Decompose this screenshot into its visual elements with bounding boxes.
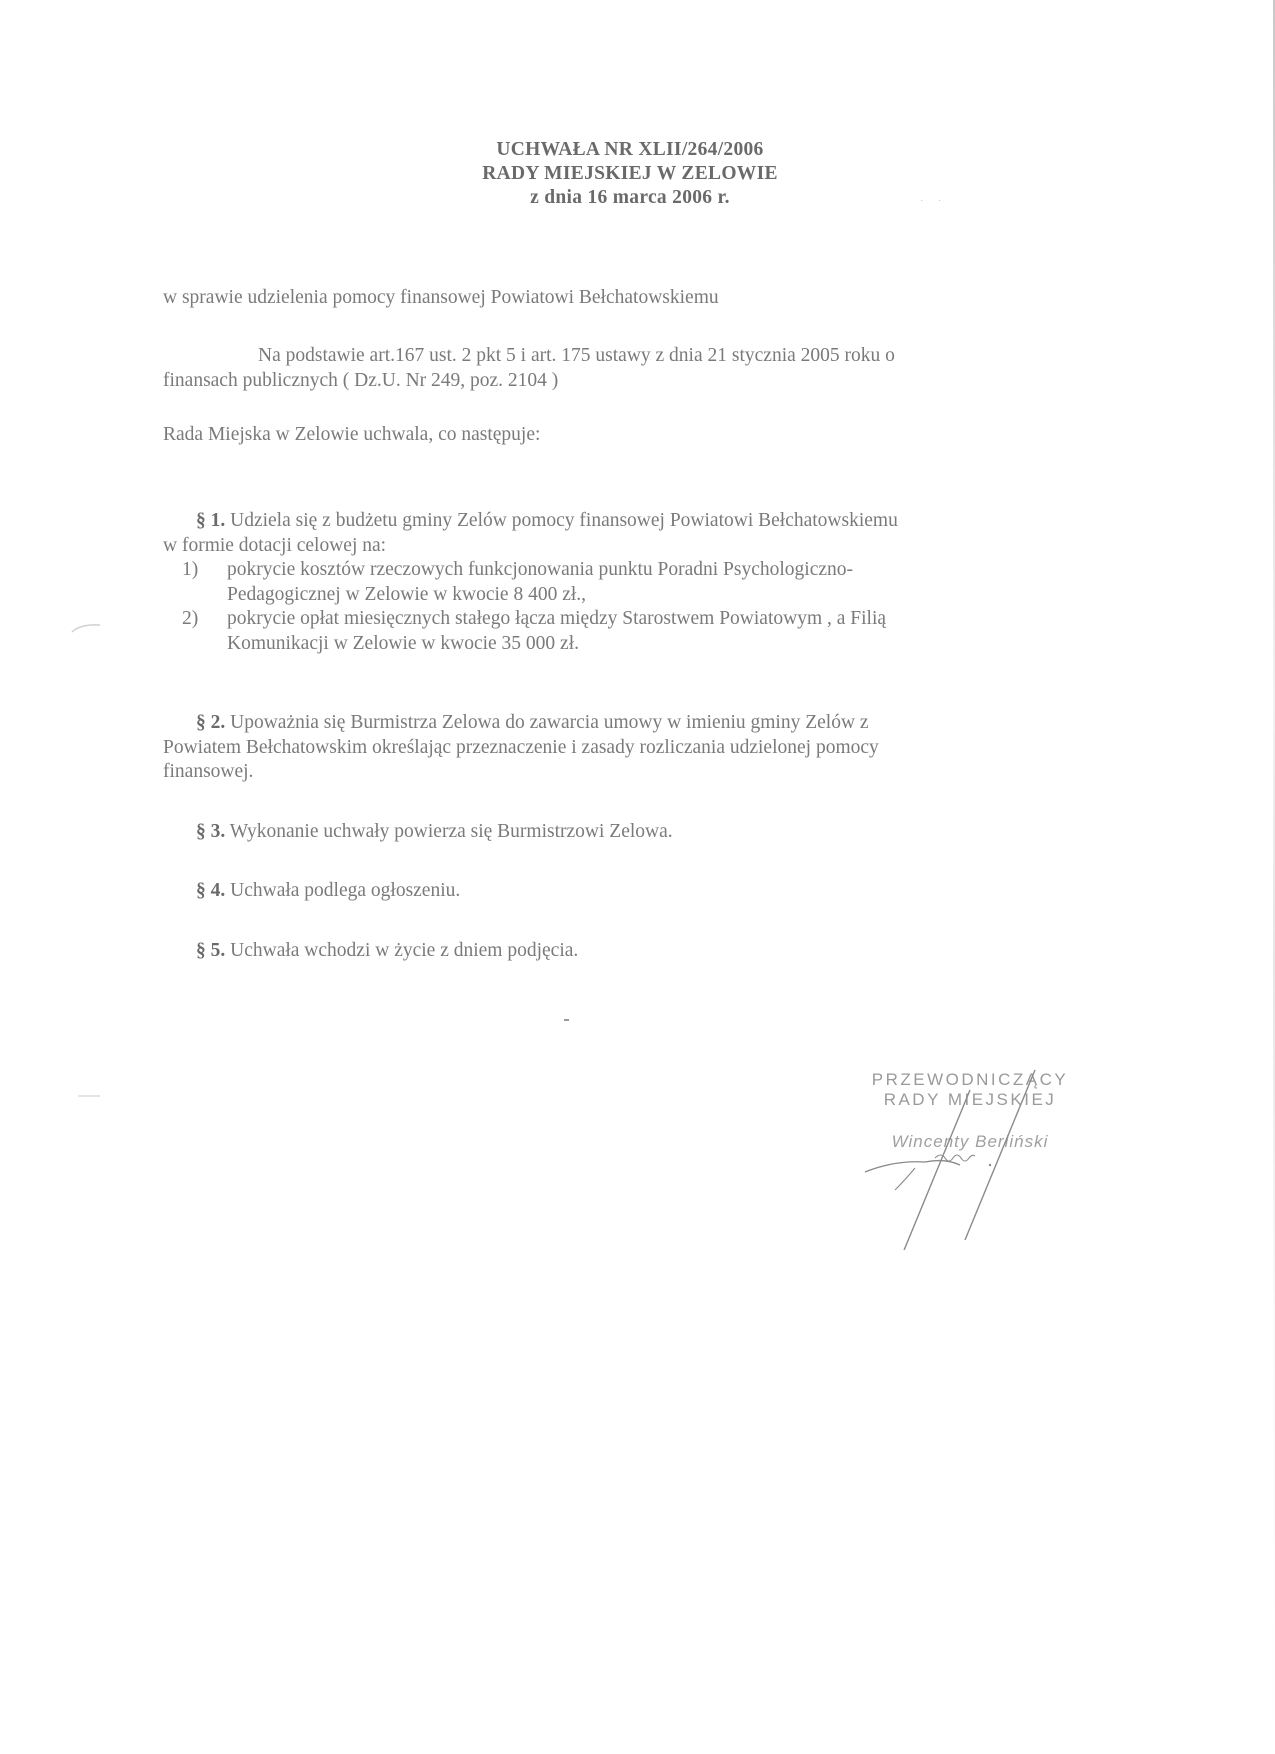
intro-line: Rada Miejska w Zelowie uchwala, co nastę… bbox=[163, 424, 540, 446]
subject-line: w sprawie udzielenia pomocy finansowej P… bbox=[163, 287, 719, 309]
paragraph-5-text: Uchwała wchodzi w życie z dniem podjęcia… bbox=[225, 940, 578, 961]
paragraph-5: § 5. Uchwała wchodzi w życie z dniem pod… bbox=[196, 940, 578, 962]
list-item-1-number: 1) bbox=[182, 559, 198, 581]
list-item-1-line-1: pokrycie kosztów rzeczowych funkcjonowan… bbox=[227, 559, 853, 581]
paragraph-4-sign: § 4. bbox=[196, 880, 225, 901]
resolution-number: UCHWAŁA NR XLII/264/2006 bbox=[380, 138, 880, 162]
paragraph-1-line-2: w formie dotacji celowej na: bbox=[163, 535, 386, 557]
paragraph-1-text: Udziela się z budżetu gminy Zelów pomocy… bbox=[225, 510, 898, 531]
paragraph-4: § 4. Uchwała podlega ogłoszeniu. bbox=[196, 880, 460, 902]
paragraph-2-line-2: Powiatem Bełchatowskim określając przezn… bbox=[163, 737, 879, 759]
list-item-2-line-1: pokrycie opłat miesięcznych stałego łącz… bbox=[227, 608, 886, 630]
paragraph-2-sign: § 2. bbox=[196, 712, 225, 733]
document-header: UCHWAŁA NR XLII/264/2006 RADY MIEJSKIEJ … bbox=[380, 138, 880, 210]
list-item-2-number: 2) bbox=[182, 608, 198, 630]
stamp-name: Wincenty Berliński bbox=[840, 1132, 1100, 1152]
list-item-1-line-2: Pedagogicznej w Zelowie w kwocie 8 400 z… bbox=[227, 584, 586, 606]
paragraph-2-text: Upoważnia się Burmistrza Zelowa do zawar… bbox=[225, 712, 868, 733]
paragraph-1-sign: § 1. bbox=[196, 510, 225, 531]
council-name: RADY MIEJSKIEJ W ZELOWIE bbox=[380, 162, 880, 186]
stamp-subtitle: RADY MIEJSKIEJ bbox=[840, 1090, 1100, 1110]
scan-artifact: · · bbox=[920, 196, 947, 207]
stamp-title: PRZEWODNICZĄCY bbox=[840, 1070, 1100, 1090]
paragraph-3-sign: § 3. bbox=[196, 821, 225, 842]
paragraph-3-text: Wykonanie uchwały powierza się Burmistrz… bbox=[225, 821, 672, 842]
chairman-stamp: PRZEWODNICZĄCY RADY MIEJSKIEJ Wincenty B… bbox=[840, 1070, 1100, 1152]
scan-artifact-line bbox=[78, 1095, 100, 1097]
legal-basis-line-2: finansach publicznych ( Dz.U. Nr 249, po… bbox=[163, 370, 558, 392]
paragraph-2-line-3: finansowej. bbox=[163, 761, 253, 783]
scan-artifact-stroke bbox=[70, 622, 102, 634]
list-item-2-line-2: Komunikacji w Zelowie w kwocie 35 000 zł… bbox=[227, 633, 579, 655]
paragraph-4-text: Uchwała podlega ogłoszeniu. bbox=[225, 880, 460, 901]
paragraph-2-line-1: § 2. Upoważnia się Burmistrza Zelowa do … bbox=[196, 712, 869, 734]
legal-basis-line-1: Na podstawie art.167 ust. 2 pkt 5 i art.… bbox=[258, 345, 895, 367]
paragraph-3: § 3. Wykonanie uchwały powierza się Burm… bbox=[196, 821, 673, 843]
resolution-date: z dnia 16 marca 2006 r. bbox=[380, 186, 880, 210]
scan-artifact-dot bbox=[564, 1019, 569, 1021]
paragraph-5-sign: § 5. bbox=[196, 940, 225, 961]
paragraph-1-line-1: § 1. Udziela się z budżetu gminy Zelów p… bbox=[196, 510, 898, 532]
